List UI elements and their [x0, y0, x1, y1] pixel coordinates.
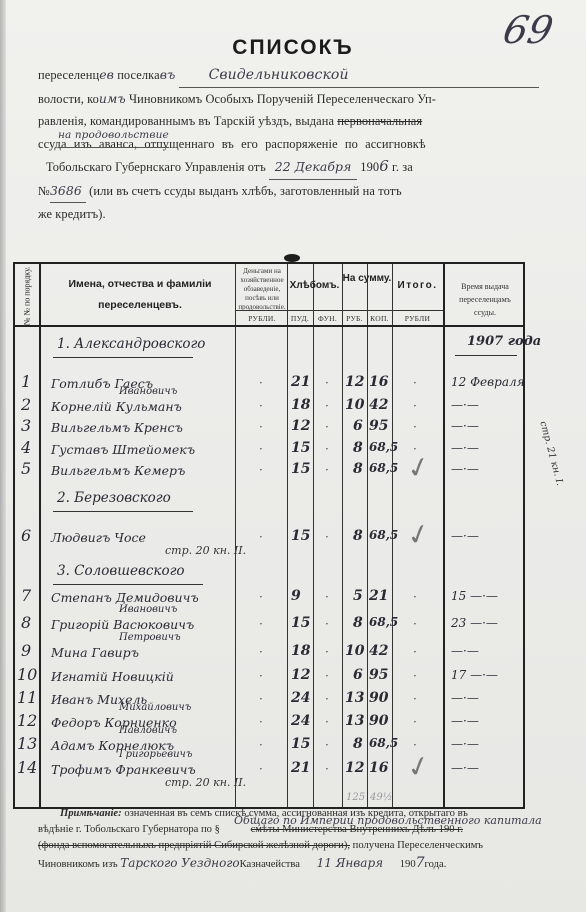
row-name: Людвигъ Чосе — [51, 530, 146, 545]
row-pud: 18 — [291, 643, 310, 659]
row-date: 12 Февраля — [451, 375, 525, 389]
document-page: 69 СПИСОКЪ переселенцев поселкавъ Свидел… — [0, 0, 586, 912]
row-total: · — [413, 692, 417, 706]
intro-line-1: переселенцев поселкавъ Свидельниковской — [38, 64, 553, 88]
row-name: Трофимъ Франкевичъ — [51, 762, 196, 777]
intro-line-3: равленія, командированнымъ въ Тарскій уѣ… — [38, 110, 553, 133]
handwritten-suffix: ев — [99, 67, 114, 82]
row-name: Игнатій Новицкій — [51, 669, 174, 684]
header-sum-kop: КОП. — [367, 314, 392, 323]
row-name: Густавъ Штейомекъ — [51, 442, 195, 457]
row-kop: 21 — [369, 588, 388, 604]
row-money: · — [259, 617, 263, 631]
row-number: 8 — [21, 613, 31, 632]
intro-line-6: №3686 (или въ счетъ ссуды выданъ хлѣбъ, … — [38, 180, 553, 204]
row-number: 2 — [21, 395, 31, 414]
row-rub: 6 — [353, 667, 363, 683]
row-money: · — [259, 376, 263, 390]
row-fun: · — [325, 715, 329, 729]
penciled-total-kop: 49½ — [370, 792, 392, 803]
row-total: · — [413, 617, 417, 631]
row-rub: 10 — [345, 643, 364, 659]
row-number: 10 — [17, 665, 37, 684]
row-number: 3 — [21, 416, 31, 435]
intro-line-5: Тобольскаго Губернскаго Управленія отъ 2… — [38, 155, 553, 180]
row-kop: 90 — [369, 690, 388, 706]
row-pud: 9 — [291, 588, 301, 604]
row-name: Вильгельмъ Кемеръ — [51, 463, 185, 478]
row-money: · — [259, 715, 263, 729]
row-kop: 16 — [369, 760, 388, 776]
row-name: Григорій Васюковичъ — [51, 617, 194, 632]
row-total: · — [413, 420, 417, 434]
row-kop: 95 — [369, 418, 388, 434]
intro-line-7: же кредитъ). — [38, 203, 553, 226]
margin-note: стр. 21 кн. I. — [537, 420, 565, 487]
row-rub: 8 — [353, 615, 363, 631]
header-total-unit: РУБЛИ — [392, 314, 443, 323]
row-total: · — [413, 715, 417, 729]
row-pud: 15 — [291, 528, 310, 544]
group-label: 1. Александровского — [57, 336, 205, 352]
handwritten-fund: Общаго по Империи продовольственного кап… — [234, 815, 554, 827]
group-label: 2. Березовского — [57, 490, 171, 506]
row-date: —·— — [451, 714, 479, 728]
struck-text: первоначальная — [337, 114, 422, 128]
row-number: 4 — [21, 438, 31, 457]
row-money: · — [259, 463, 263, 477]
row-rub: 6 — [353, 418, 363, 434]
row-fun: · — [325, 762, 329, 776]
header-money: Деньгами на хозяйственное обзаведеніе, п… — [237, 267, 287, 312]
document-title: СПИСОКЪ — [0, 36, 586, 60]
row-number: 14 — [17, 758, 37, 777]
row-kop: 42 — [369, 397, 388, 413]
row-name: Мина Гавиръ — [51, 645, 139, 660]
row-total: · — [413, 376, 417, 390]
row-kop: 68,5 — [369, 440, 398, 454]
row-rub: 5 — [353, 588, 363, 604]
row-number: 9 — [21, 641, 31, 660]
header-names: Имена, отчества и фамиліи переселенцевъ. — [55, 274, 225, 316]
row-date: —·— — [451, 691, 479, 705]
row-number: 13 — [17, 734, 37, 753]
row-fun: · — [325, 617, 329, 631]
row-date: —·— — [451, 462, 479, 476]
row-money: · — [259, 399, 263, 413]
row-money: · — [259, 669, 263, 683]
row-fun: · — [325, 590, 329, 604]
row-patronymic: Ивановичъ — [119, 604, 177, 615]
row-rub: 8 — [353, 528, 363, 544]
row-fun: · — [325, 442, 329, 456]
row-fun: · — [325, 399, 329, 413]
row-money: · — [259, 442, 263, 456]
row-rub: 8 — [353, 440, 363, 456]
row-date: —·— — [451, 398, 479, 412]
row-pud: 24 — [291, 713, 310, 729]
row-pud: 24 — [291, 690, 310, 706]
row-fun: · — [325, 420, 329, 434]
ink-blot — [284, 254, 300, 262]
date-heading: 1907 года — [467, 334, 541, 349]
row-kop: 90 — [369, 713, 388, 729]
penciled-total-rub: 125 — [346, 792, 365, 803]
row-kop: 68,5 — [369, 736, 398, 750]
row-number: 11 — [17, 688, 37, 707]
check-mark-icon: ✓ — [403, 516, 434, 555]
row-fun: · — [325, 530, 329, 544]
row-pud: 21 — [291, 374, 310, 390]
row-patronymic: Григорьевичъ — [119, 749, 192, 760]
row-pud: 12 — [291, 418, 310, 434]
row-name: Корнелій Кульманъ — [51, 399, 182, 414]
row-money: · — [259, 420, 263, 434]
page-edge-shadow — [0, 0, 6, 912]
row-patronymic: Павловичъ — [119, 725, 177, 736]
row-kop: 16 — [369, 374, 388, 390]
settlers-table: № № по порядку. Имена, отчества и фамилі… — [13, 262, 525, 809]
handwritten-place: Свидельниковской — [179, 64, 539, 88]
row-money: · — [259, 738, 263, 752]
row-number: 7 — [21, 586, 31, 605]
row-rub: 13 — [345, 690, 364, 706]
row-number: 12 — [17, 711, 37, 730]
header-number: № № по порядку. — [15, 268, 39, 324]
row-money: · — [259, 692, 263, 706]
group-label: 3. Соловшевского — [57, 563, 185, 579]
row-number: 6 — [21, 526, 31, 545]
row-date: —·— — [451, 737, 479, 751]
header-date: Время выдача переселенцамъ ссуды. — [453, 280, 517, 319]
row-money: · — [259, 530, 263, 544]
row-fun: · — [325, 463, 329, 477]
header-sum: На сумму. — [342, 270, 392, 287]
handwritten-date-received: 11 Января — [303, 856, 397, 870]
row-money: · — [259, 762, 263, 776]
header-bread-pud: ПУД. — [287, 314, 313, 323]
interlinear-insert: на продовольствие — [58, 124, 169, 148]
footnote: Примѣчаніе: означенная въ семъ спискѣ су… — [38, 806, 558, 873]
row-fun: · — [325, 692, 329, 706]
row-patronymic: Михайловичъ — [119, 702, 191, 713]
handwritten-treasury: Тарского Уездного — [120, 856, 239, 870]
row-fun: · — [325, 376, 329, 390]
row-annotation: стр. 20 кн. II. — [165, 776, 246, 789]
row-rub: 8 — [353, 736, 363, 752]
check-mark-icon: ✓ — [403, 748, 434, 787]
row-kop: 68,5 — [369, 615, 398, 629]
row-total: · — [413, 669, 417, 683]
row-date: 23 —·— — [451, 616, 498, 630]
row-fun: · — [325, 645, 329, 659]
header-money-unit: РУБЛИ. — [237, 314, 287, 323]
row-fun: · — [325, 669, 329, 683]
row-total: · — [413, 399, 417, 413]
row-date: —·— — [451, 761, 479, 775]
row-rub: 12 — [345, 760, 364, 776]
row-pud: 15 — [291, 615, 310, 631]
header-total: Итого. — [392, 280, 443, 291]
row-date: 15 —·— — [451, 589, 498, 603]
row-fun: · — [325, 738, 329, 752]
header-sum-rub: РУБ. — [342, 314, 367, 323]
row-date: 17 —·— — [451, 668, 498, 682]
row-kop: 68,5 — [369, 528, 398, 542]
row-pud: 15 — [291, 461, 310, 477]
row-patronymic: Ивановичъ — [119, 386, 177, 397]
row-patronymic: Петровичъ — [119, 632, 181, 643]
row-rub: 8 — [353, 461, 363, 477]
row-pud: 15 — [291, 440, 310, 456]
handwritten-date: 22 Декабря — [269, 156, 357, 180]
row-kop: 42 — [369, 643, 388, 659]
row-date: —·— — [451, 529, 479, 543]
row-number: 1 — [21, 372, 31, 391]
row-money: · — [259, 645, 263, 659]
row-number: 5 — [21, 459, 31, 478]
row-rub: 10 — [345, 397, 364, 413]
row-rub: 12 — [345, 374, 364, 390]
row-money: · — [259, 590, 263, 604]
row-kop: 68,5 — [369, 461, 398, 475]
row-annotation: стр. 20 кн. II. — [165, 544, 246, 557]
row-name: Вильгельмъ Кренсъ — [51, 420, 183, 435]
intro-paragraph: переселенцев поселкавъ Свидельниковской … — [38, 64, 553, 226]
row-pud: 21 — [291, 760, 310, 776]
row-total: · — [413, 590, 417, 604]
check-mark-icon: ✓ — [403, 449, 434, 488]
header-bread: Хлѣбомъ. — [287, 280, 342, 291]
row-total: · — [413, 645, 417, 659]
row-kop: 95 — [369, 667, 388, 683]
row-pud: 12 — [291, 667, 310, 683]
footnote-label: Примѣчаніе: — [60, 808, 122, 819]
handwritten-number: 3686 — [50, 180, 86, 204]
row-date: —·— — [451, 644, 479, 658]
row-pud: 15 — [291, 736, 310, 752]
row-name: Степанъ Демидовичъ — [51, 590, 199, 605]
row-date: —·— — [451, 419, 479, 433]
row-date: —·— — [451, 441, 479, 455]
header-bread-fun: ФУН. — [313, 314, 342, 323]
intro-line-2: волости, коимъ Чиновникомъ Особыхъ Поруч… — [38, 88, 553, 111]
row-rub: 13 — [345, 713, 364, 729]
row-pud: 18 — [291, 397, 310, 413]
